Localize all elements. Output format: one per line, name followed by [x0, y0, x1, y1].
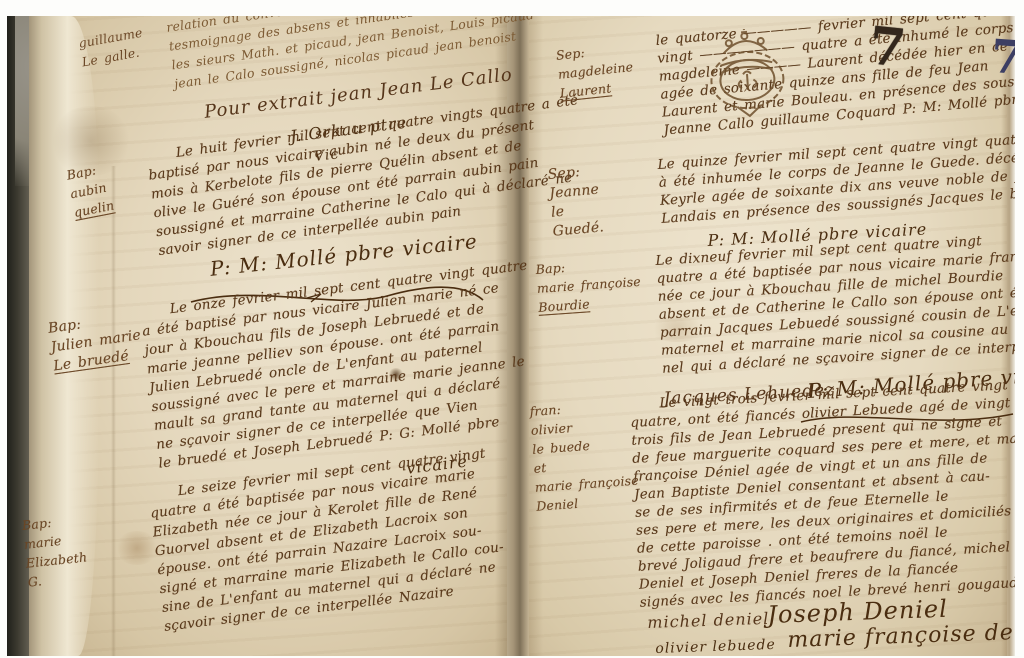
- signature: michel deniel: [647, 608, 770, 634]
- entry-body: Le vingt trois fevrier mil sept cent qua…: [629, 375, 1015, 612]
- signature: Joseph Deniel: [767, 598, 948, 626]
- correction-numeral: 7: [866, 20, 907, 75]
- crown-cartouche-stamp-icon: [692, 24, 802, 123]
- margin-note: fran:olivierle buedeetmarie françoiseDen…: [529, 395, 641, 516]
- folio-page-number: 7: [989, 33, 1015, 81]
- margin-note: Sep:magdeleineLaurent: [555, 38, 636, 103]
- page-crease: [111, 166, 116, 656]
- entry-body: Le dixneuf fevrier mil sept cent quatre …: [655, 226, 1015, 377]
- margin-note: Sep:JeanneleGuedé.: [547, 162, 605, 242]
- signature: olivier lebuede: [655, 634, 776, 656]
- margin-note: Bap:marieElizabethG.: [21, 510, 90, 592]
- register-photograph: guillaumeLe galle. relation du convoi ce…: [7, 16, 1015, 656]
- margin-note: Bap:marie françoiseBourdie: [535, 253, 643, 317]
